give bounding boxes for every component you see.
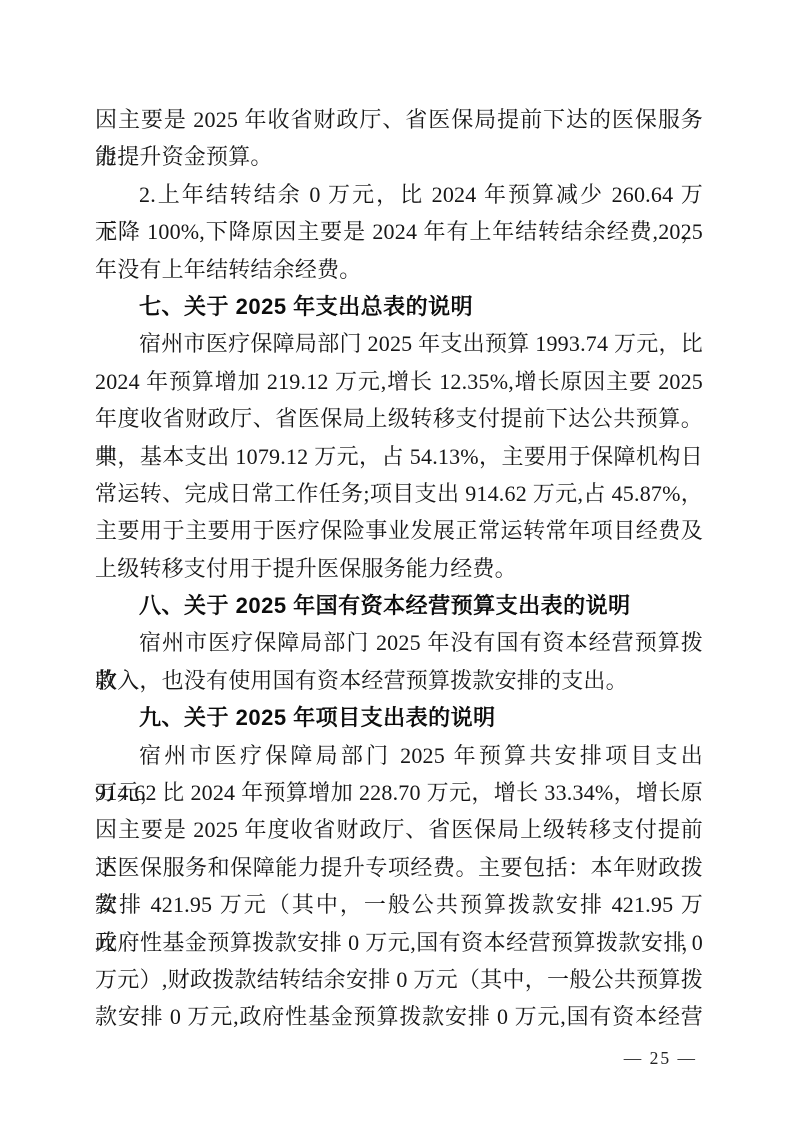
page-number: — 25 — bbox=[624, 1048, 697, 1069]
text-line: 中，基本支出 1079.12 万元，占 54.13%，主要用于保障机构日 bbox=[95, 438, 703, 475]
text-line: 宿州市医疗保障局部门 2025 年没有国有资本经营预算拨款 bbox=[95, 624, 703, 661]
text-line: 达医保服务和保障能力提升专项经费。主要包括：本年财政拨款 bbox=[95, 849, 703, 886]
section-heading: 八、关于 2025 年国有资本经营预算支出表的说明 bbox=[95, 587, 703, 624]
text-line: 年没有上年结转结余经费。 bbox=[95, 251, 703, 288]
text-line: 力提升资金预算。 bbox=[95, 138, 703, 175]
text-line: 款安排 0 万元,政府性基金预算拨款安排 0 万元,国有资本经营 bbox=[95, 998, 703, 1035]
text-line: 万元，比 2024 年预算增加 228.70 万元，增长 33.34%，增长原 bbox=[95, 774, 703, 811]
text-line: 常运转、完成日常工作任务;项目支出 914.62 万元,占 45.87%， bbox=[95, 475, 703, 512]
text-line: 宿州市医疗保障局部门 2025 年支出预算 1993.74 万元，比 bbox=[95, 325, 703, 362]
document-page: 因主要是 2025 年收省财政厅、省医保局提前下达的医保服务能力提升资金预算。2… bbox=[0, 0, 793, 1122]
text-line: 因主要是 2025 年收省财政厅、省医保局提前下达的医保服务能 bbox=[95, 101, 703, 138]
text-line: 年度收省财政厅、省医保局上级转移支付提前下达公共预算。其 bbox=[95, 400, 703, 437]
text-line: 安排 421.95 万元（其中，一般公共预算拨款安排 421.95 万元， bbox=[95, 886, 703, 923]
text-line: 收入，也没有使用国有资本经营预算拨款安排的支出。 bbox=[95, 662, 703, 699]
text-line: 因主要是 2025 年度收省财政厅、省医保局上级转移支付提前下 bbox=[95, 811, 703, 848]
text-line: 万元）,财政拨款结转结余安排 0 万元（其中，一般公共预算拨 bbox=[95, 961, 703, 998]
text-line: 主要用于主要用于医疗保险事业发展正常运转常年项目经费及 bbox=[95, 512, 703, 549]
text-line: 宿州市医疗保障局部门 2025 年预算共安排项目支出 914.62 bbox=[95, 737, 703, 774]
text-line: 政府性基金预算拨款安排 0 万元,国有资本经营预算拨款安排 0 bbox=[95, 924, 703, 961]
text-line: 下降 100%,下降原因主要是 2024 年有上年结转结余经费,2025 bbox=[95, 213, 703, 250]
text-line: 2.上年结转结余 0 万元，比 2024 年预算减少 260.64 万元， bbox=[95, 176, 703, 213]
text-line: 2024 年预算增加 219.12 万元,增长 12.35%,增长原因主要 20… bbox=[95, 363, 703, 400]
section-heading: 七、关于 2025 年支出总表的说明 bbox=[95, 288, 703, 325]
text-line: 上级转移支付用于提升医保服务能力经费。 bbox=[95, 550, 703, 587]
document-body: 因主要是 2025 年收省财政厅、省医保局提前下达的医保服务能力提升资金预算。2… bbox=[95, 101, 703, 1036]
section-heading: 九、关于 2025 年项目支出表的说明 bbox=[95, 699, 703, 736]
